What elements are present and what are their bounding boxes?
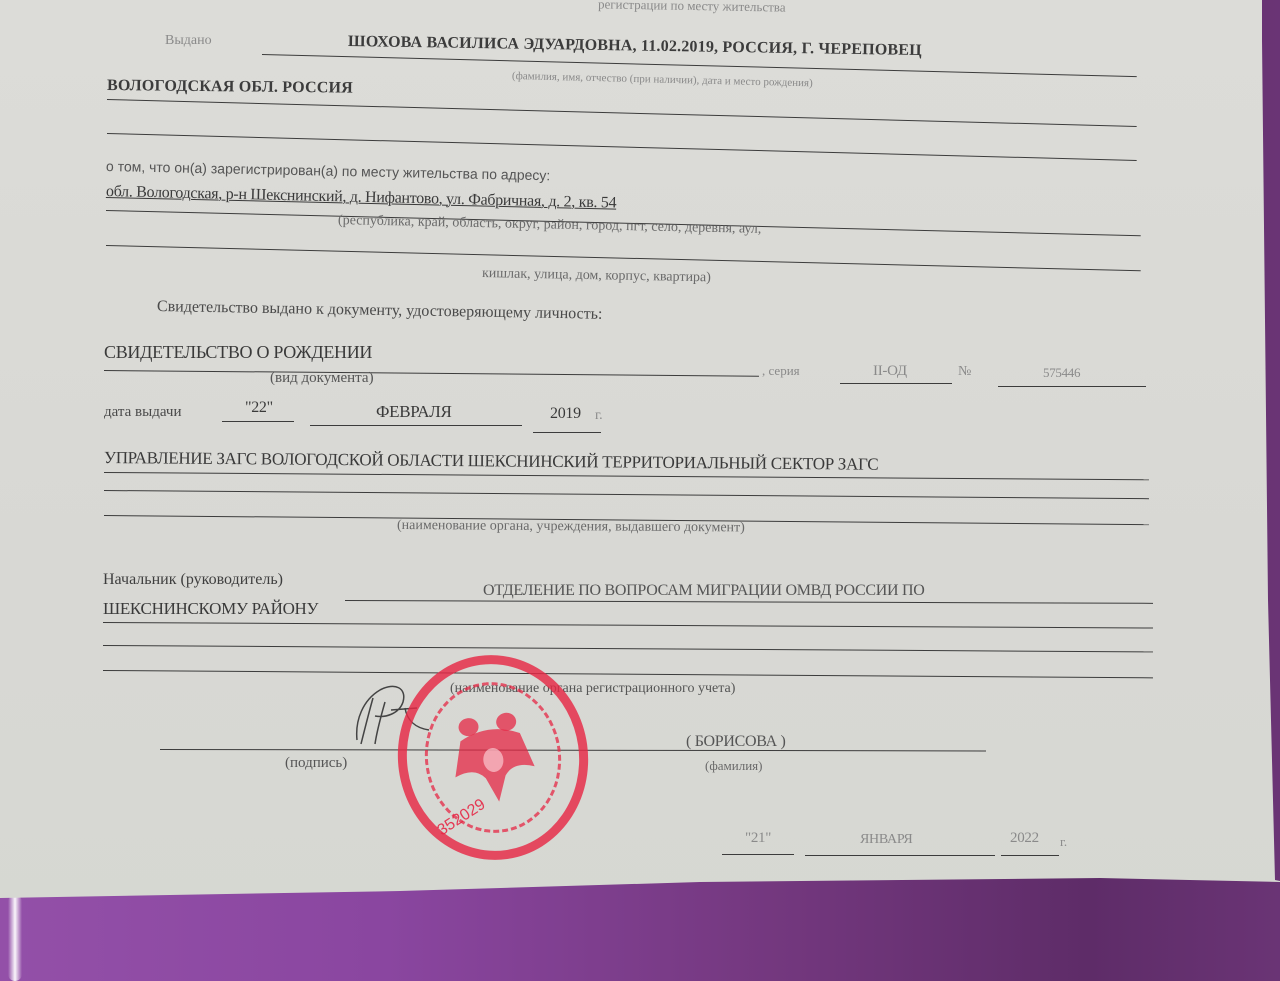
address-caption-2: кишлак, улица, дом, корпус, квартира) bbox=[482, 266, 711, 286]
issue-year: 2019 bbox=[550, 405, 581, 423]
double-headed-eagle-icon bbox=[436, 696, 550, 819]
authority-name-1: ОТДЕЛЕНИЕ ПО ВОПРОСАМ МИГРАЦИИ ОМВД РОСС… bbox=[483, 582, 924, 600]
certificate-year: 2022 bbox=[1010, 830, 1039, 847]
issue-year-line bbox=[533, 432, 601, 433]
issuer-caption: (наименование органа, учреждения, выдавш… bbox=[397, 518, 745, 536]
identity-document-type: СВИДЕТЕЛЬСТВО О РОЖДЕНИИ bbox=[104, 342, 372, 363]
certificate-day: "21" bbox=[745, 830, 771, 847]
number-label: № bbox=[958, 364, 971, 380]
registration-certificate: регистрации по месту жительства Выдано Ш… bbox=[0, 0, 1280, 981]
issued-to-caption: (фамилия, имя, отчество (при наличии), д… bbox=[512, 70, 813, 89]
registration-intro: о том, что он(а) зарегистрирован(а) по м… bbox=[106, 158, 551, 183]
issued-to-region: ВОЛОГОДСКАЯ ОБЛ. РОССИЯ bbox=[107, 77, 353, 98]
address-caption-1: (республика, край, область, округ, район… bbox=[338, 213, 762, 238]
certificate-year-line bbox=[1001, 855, 1059, 856]
certificate-month: ЯНВАРЯ bbox=[860, 832, 912, 848]
authority-label: Начальник (руководитель) bbox=[103, 571, 283, 589]
identity-intro: Свидетельство выдано к документу, удосто… bbox=[157, 298, 603, 324]
issued-to-label: Выдано bbox=[165, 33, 212, 49]
header-fragment: регистрации по месту жительства bbox=[598, 0, 786, 16]
document-type-caption: (вид документа) bbox=[270, 370, 374, 387]
issue-year-suffix: г. bbox=[595, 408, 603, 424]
address-line-2 bbox=[106, 245, 1141, 271]
official-surname: ( БОРИСОВА ) bbox=[686, 733, 786, 751]
signature-caption: (подпись) bbox=[285, 755, 347, 772]
authority-line-1 bbox=[345, 600, 1153, 604]
issuer-line-2 bbox=[104, 490, 1149, 499]
series-line bbox=[840, 383, 952, 384]
series-label: , серия bbox=[762, 363, 800, 379]
issued-to-line-3 bbox=[107, 133, 1137, 161]
issuer-line-1 bbox=[104, 472, 1149, 480]
issue-month: ФЕВРАЛЯ bbox=[376, 402, 451, 422]
surname-caption: (фамилия) bbox=[705, 758, 762, 774]
authority-line-3 bbox=[103, 645, 1153, 652]
authority-line-4 bbox=[103, 670, 1153, 678]
issued-to-name: ШОХОВА ВАСИЛИСА ЭДУАРДОВНА, 11.02.2019, … bbox=[348, 33, 922, 60]
issuer-name: УПРАВЛЕНИЕ ЗАГС ВОЛОГОДСКОЙ ОБЛАСТИ ШЕКС… bbox=[104, 448, 879, 475]
certificate-month-line bbox=[805, 855, 995, 856]
series-value: II-ОД bbox=[873, 363, 907, 380]
authority-name-2: ШЕКСНИНСКОМУ РАЙОНУ bbox=[103, 599, 318, 619]
number-line bbox=[998, 386, 1146, 387]
issue-day: "22" bbox=[245, 399, 273, 417]
registration-address: обл. Вологодская, р-н Шекснинский, д. Ни… bbox=[106, 183, 617, 213]
issue-date-label: дата выдачи bbox=[104, 404, 181, 421]
issued-to-line-2 bbox=[107, 99, 1137, 127]
issue-month-line bbox=[310, 425, 522, 426]
authority-line-2 bbox=[103, 622, 1153, 628]
official-stamp: 352029 bbox=[385, 643, 602, 872]
number-value: 575446 bbox=[1043, 365, 1080, 381]
issue-day-line bbox=[222, 421, 294, 422]
document-type-line bbox=[104, 370, 759, 377]
certificate-year-suffix: г. bbox=[1060, 834, 1067, 850]
certificate-day-line bbox=[722, 854, 794, 855]
